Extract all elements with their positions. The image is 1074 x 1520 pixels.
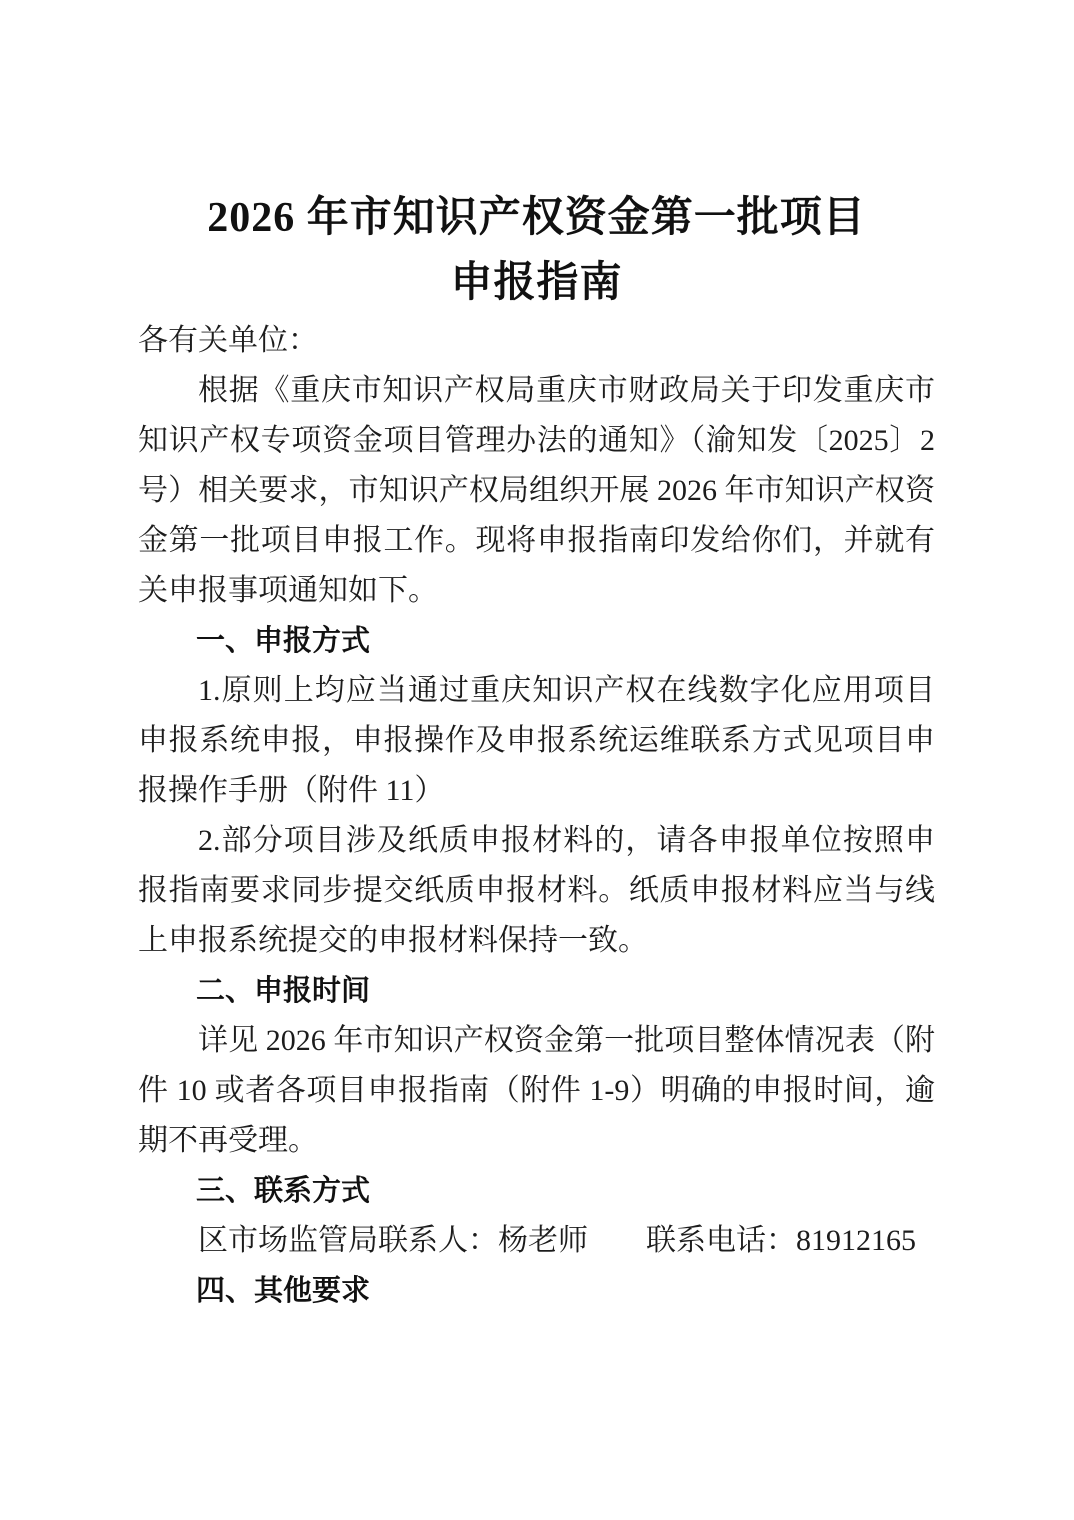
paragraph-application-time: 详见 2026 年市知识产权资金第一批项目整体情况表（附件 10 或者各项目申报…: [138, 1016, 935, 1166]
section-heading-other-requirements: 四、其他要求: [138, 1266, 935, 1316]
contact-person: 杨老师: [498, 1224, 588, 1257]
contact-phone-label: 联系电话：: [646, 1224, 796, 1257]
document-title: 2026 年市知识产权资金第一批项目 申报指南: [138, 186, 935, 316]
paragraph-application-method-1: 1.原则上均应当通过重庆知识产权在线数字化应用项目申报系统申报，申报操作及申报系…: [138, 666, 935, 816]
paragraph-application-method-2: 2.部分项目涉及纸质申报材料的，请各申报单位按照申报指南要求同步提交纸质申报材料…: [138, 816, 935, 966]
title-line-2: 申报指南: [138, 251, 935, 316]
document-body: 各有关单位： 根据《重庆市知识产权局重庆市财政局关于印发重庆市知识产权专项资金项…: [138, 316, 935, 1316]
section-heading-contact-info: 三、联系方式: [138, 1166, 935, 1216]
intro-paragraph: 根据《重庆市知识产权局重庆市财政局关于印发重庆市知识产权专项资金项目管理办法的通…: [138, 366, 935, 616]
title-line-1: 2026 年市知识产权资金第一批项目: [138, 186, 935, 251]
section-heading-application-method: 一、申报方式: [138, 616, 935, 666]
document-page: 2026 年市知识产权资金第一批项目 申报指南 各有关单位： 根据《重庆市知识产…: [0, 0, 1074, 1520]
contact-person-label: 区市场监管局联系人：: [198, 1224, 498, 1257]
salutation: 各有关单位：: [138, 316, 935, 366]
contact-line: 区市场监管局联系人：杨老师联系电话：81912165: [138, 1216, 935, 1266]
contact-phone: 81912165: [796, 1224, 916, 1257]
section-heading-application-time: 二、申报时间: [138, 966, 935, 1016]
